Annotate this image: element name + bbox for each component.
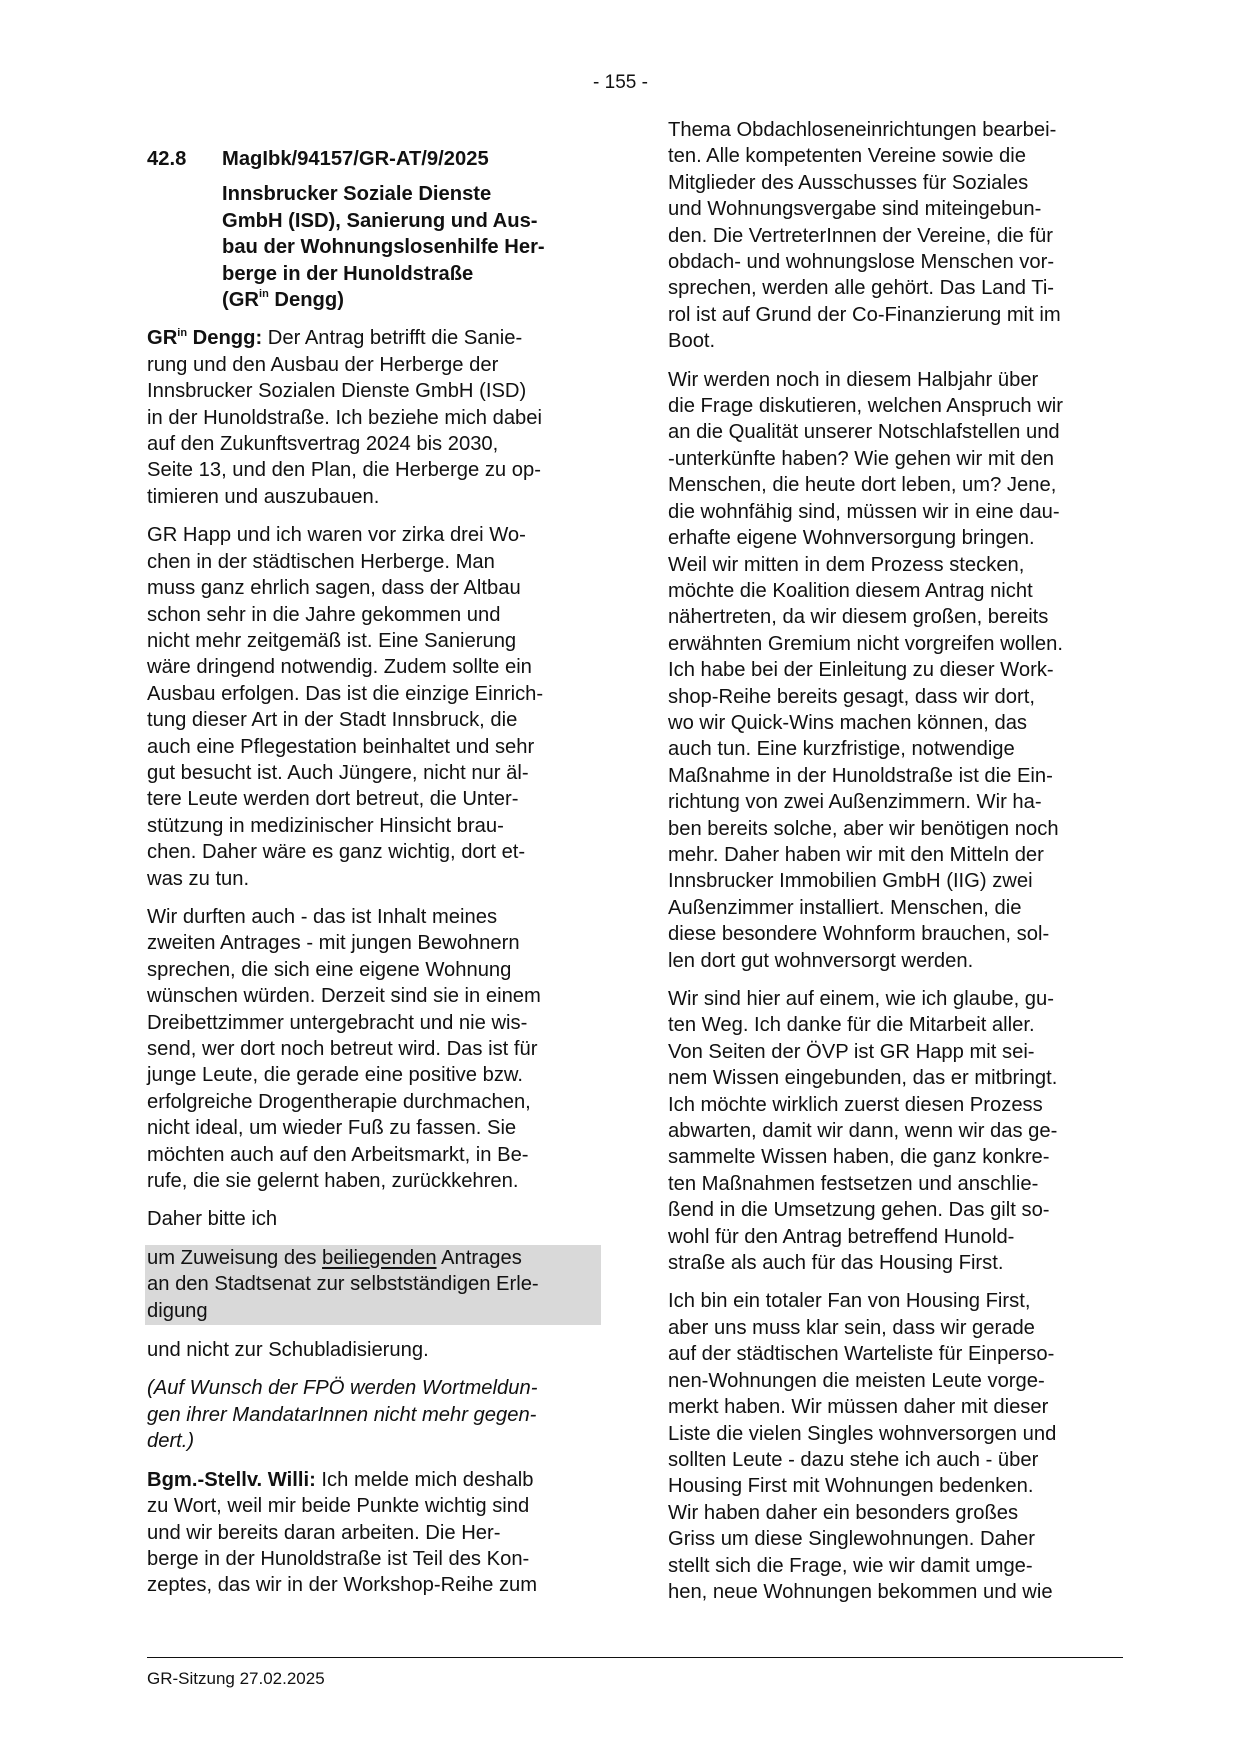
paragraph-line: merkt haben. Wir müssen daher mit dieser [668,1394,1124,1420]
title-line: GmbH (ISD), Sanierung und Aus- [222,208,603,234]
paragraph-line: erwähnten Gremium nicht vorgreifen wolle… [668,631,1124,657]
paragraph-line: sprechen, die sich eine eigene Wohnung [147,957,603,983]
paragraph-line: auch eine Pflegestation beinhaltet und s… [147,734,603,760]
paragraph-line: erfolgreiche Drogentherapie durchmachen, [147,1089,603,1115]
paragraph-line: Wir durften auch - das ist Inhalt meines [147,904,603,930]
paragraph-line: nicht mehr zeitgemäß ist. Eine Sanierung [147,628,603,654]
paragraph-line: len dort gut wohnversorgt werden. [668,948,1124,974]
paragraph-line: erhafte eigene Wohnversorgung bringen. [668,525,1124,551]
paragraph-willi-2: Thema Obdachloseneinrichtungen bearbei- … [668,117,1124,355]
paragraph-line: was zu tun. [147,866,603,892]
paragraph-line: wünschen würden. Derzeit sind sie in ein… [147,983,603,1009]
paragraph-line: obdach- und wohnungslose Menschen vor- [668,249,1124,275]
paragraph-line: aber uns muss klar sein, dass wir gerade [668,1315,1124,1341]
paragraph-line: ten Maßnahmen festsetzen und anschlie- [668,1171,1124,1197]
paragraph-line: ben bereits solche, aber wir benötigen n… [668,816,1124,842]
paragraph-willi-3: Wir werden noch in diesem Halbjahr über … [668,367,1124,974]
paragraph-line: Wir werden noch in diesem Halbjahr über [668,367,1124,393]
speaker-name: GRin Dengg: [147,327,262,349]
motion-text: Antrages [437,1247,522,1269]
title-line: bau der Wohnungslosenhilfe Her- [222,234,603,260]
paragraph-dengg-2: GR Happ und ich waren vor zirka drei Wo-… [147,522,603,892]
paragraph-line: Maßnahme in der Hunoldstraße ist die Ein… [668,763,1124,789]
motion-box: um Zuweisung des beiliegenden Antrages a… [145,1245,601,1325]
footer-session-date: GR-Sitzung 27.02.2025 [147,1669,325,1689]
title-line: Innsbrucker Soziale Dienste [222,181,603,207]
paragraph-willi-1: Bgm.-Stellv. Willi: Ich melde mich desha… [147,1467,603,1599]
paragraph-dengg-1: GRin Dengg: Der Antrag betrifft die Sani… [147,325,603,510]
paragraph-line: timieren und auszubauen. [147,484,603,510]
paragraph-line: nähertreten, da wir diesem großen, berei… [668,604,1124,630]
paragraph-line: nen-Wohnungen die meisten Leute vorge- [668,1368,1124,1394]
agenda-item-reference: MagIbk/94157/GR-AT/9/2025 [222,146,603,172]
title-prefix: (GR [222,289,259,311]
motion-line: an den Stadtsenat zur selbstständigen Er… [147,1271,599,1297]
paragraph-line: Außenzimmer installiert. Menschen, die [668,895,1124,921]
paragraph-line: auch tun. Eine kurzfristige, notwendige [668,736,1124,762]
paragraph-line: auf den Zukunftsvertrag 2024 bis 2030, [147,431,603,457]
paragraph-line: rol ist auf Grund der Co-Finanzierung mi… [668,302,1124,328]
paragraph-line: den. Die VertreterInnen der Vereine, die… [668,223,1124,249]
title-line: berge in der Hunoldstraße [222,261,603,287]
paragraph-line: möchten auch auf den Arbeitsmarkt, in Be… [147,1142,603,1168]
paragraph-line: muss ganz ehrlich sagen, dass der Altbau [147,575,603,601]
paragraph-line: Ich habe bei der Einleitung zu dieser Wo… [668,657,1124,683]
paragraph-line: chen. Daher wäre es ganz wichtig, dort e… [147,839,603,865]
paragraph-line: Menschen, die heute dort leben, um? Jene… [668,472,1124,498]
paragraph-line: sprechen, werden alle gehört. Das Land T… [668,275,1124,301]
paragraph-line: Thema Obdachloseneinrichtungen bearbei- [668,117,1124,143]
note-line: (Auf Wunsch der FPÖ werden Wortmeldun- [147,1375,603,1401]
paragraph-line: wäre dringend notwendig. Zudem sollte ei… [147,654,603,680]
paragraph-willi-4: Wir sind hier auf einem, wie ich glaube,… [668,986,1124,1276]
paragraph-line: shop-Reihe bereits gesagt, dass wir dort… [668,684,1124,710]
right-column: Thema Obdachloseneinrichtungen bearbei- … [668,117,1124,1617]
editorial-note: (Auf Wunsch der FPÖ werden Wortmeldun- g… [147,1375,603,1454]
paragraph-line: Ich bin ein totaler Fan von Housing Firs… [668,1288,1124,1314]
agenda-item-number: 42.8 [147,146,222,172]
paragraph-line: Liste die vielen Singles wohnversorgen u… [668,1421,1124,1447]
paragraph-line: gut besucht ist. Auch Jüngere, nicht nur… [147,760,603,786]
motion-line: digung [147,1298,599,1324]
paragraph-line: sammelte Wissen haben, die ganz konkre- [668,1144,1124,1170]
left-column: 42.8 MagIbk/94157/GR-AT/9/2025 Innsbruck… [147,146,603,1611]
paragraph-line: Ausbau erfolgen. Das ist die einzige Ein… [147,681,603,707]
paragraph-line: sollten Leute - dazu stehe ich auch - üb… [668,1447,1124,1473]
paragraph-line: zeptes, das wir in der Workshop-Reihe zu… [147,1572,603,1598]
paragraph-line: die wohnfähig sind, müssen wir in eine d… [668,499,1124,525]
paragraph-line: stützung in medizinischer Hinsicht brau- [147,813,603,839]
speaker-name: Bgm.-Stellv. Willi: [147,1469,316,1491]
paragraph-line: send, wer dort noch betreut wird. Das is… [147,1036,603,1062]
paragraph-line: und nicht zur Schubladisierung. [147,1337,603,1363]
paragraph-line: chen in der städtischen Herberge. Man [147,549,603,575]
paragraph-line: Ich möchte wirklich zuerst diesen Prozes… [668,1092,1124,1118]
paragraph-line: Seite 13, und den Plan, die Herberge zu … [147,457,603,483]
paragraph-line: stellt sich die Frage, wie wir damit umg… [668,1553,1124,1579]
title-suffix: Dengg) [269,289,344,311]
paragraph-line: wohl für den Antrag betreffend Hunold- [668,1224,1124,1250]
motion-underlined-word: beiliegenden [322,1247,437,1269]
paragraph-line: zweiten Antrages - mit jungen Bewohnern [147,930,603,956]
paragraph-line: in der Hunoldstraße. Ich beziehe mich da… [147,405,603,431]
paragraph-line: mehr. Daher haben wir mit den Mitteln de… [668,842,1124,868]
paragraph-line: richtung von zwei Außenzimmern. Wir ha- [668,789,1124,815]
paragraph-line: und Wohnungsvergabe sind miteingebun- [668,196,1124,222]
paragraph-line: -unterkünfte haben? Wie gehen wir mit de… [668,446,1124,472]
paragraph-line: Wir haben daher ein besonders großes [668,1500,1124,1526]
paragraph-line: tere Leute werden dort betreut, die Unte… [147,786,603,812]
speech-text: Der Antrag betrifft die Sanie- [262,327,522,349]
paragraph-line: Weil wir mitten in dem Prozess stecken, [668,552,1124,578]
speaker-suffix: Dengg: [187,327,262,349]
paragraph-line: die Frage diskutieren, welchen Anspruch … [668,393,1124,419]
paragraph-line: hen, neue Wohnungen bekommen und wie [668,1579,1124,1605]
footer-divider [147,1657,1123,1658]
paragraph-line: GRin Dengg: Der Antrag betrifft die Sani… [147,325,603,351]
paragraph-line: nicht ideal, um wieder Fuß zu fassen. Si… [147,1115,603,1141]
paragraph-request-intro: Daher bitte ich [147,1206,603,1232]
paragraph-line: tung dieser Art in der Stadt Innsbruck, … [147,707,603,733]
paragraph-line: Mitglieder des Ausschusses für Soziales [668,170,1124,196]
title-superscript: in [259,288,269,300]
speaker-superscript: in [177,327,187,339]
note-line: dert.) [147,1428,603,1454]
paragraph-line: Innsbrucker Immobilien GmbH (IIG) zwei [668,868,1124,894]
paragraph-willi-5: Ich bin ein totaler Fan von Housing Firs… [668,1288,1124,1605]
paragraph-line: GR Happ und ich waren vor zirka drei Wo- [147,522,603,548]
motion-text: um Zuweisung des [147,1247,322,1269]
paragraph-line: nem Wissen eingebunden, das er mitbringt… [668,1065,1124,1091]
speech-text: Ich melde mich deshalb [316,1469,534,1491]
paragraph-line: auf der städtischen Warteliste für Einpe… [668,1341,1124,1367]
paragraph-line: rufe, die sie gelernt haben, zurückkehre… [147,1168,603,1194]
paragraph-line: rung und den Ausbau der Herberge der [147,352,603,378]
paragraph-line: Boot. [668,328,1124,354]
paragraph-line: Housing First mit Wohnungen bedenken. [668,1473,1124,1499]
paragraph-line: zu Wort, weil mir beide Punkte wichtig s… [147,1493,603,1519]
paragraph-line: junge Leute, die gerade eine positive bz… [147,1062,603,1088]
paragraph-line: und wir bereits daran arbeiten. Die Her- [147,1520,603,1546]
paragraph-line: Bgm.-Stellv. Willi: Ich melde mich desha… [147,1467,603,1493]
paragraph-line: ten. Alle kompetenten Vereine sowie die [668,143,1124,169]
paragraph-request-outro: und nicht zur Schubladisierung. [147,1337,603,1363]
paragraph-line: Von Seiten der ÖVP ist GR Happ mit sei- [668,1039,1124,1065]
agenda-item-title: Innsbrucker Soziale Dienste GmbH (ISD), … [222,181,603,313]
paragraph-line: diese besondere Wohnform brauchen, sol- [668,921,1124,947]
paragraph-line: abwarten, damit wir dann, wenn wir das g… [668,1118,1124,1144]
page-number: - 155 - [0,72,1241,94]
motion-line: um Zuweisung des beiliegenden Antrages [147,1245,599,1271]
agenda-item-heading: 42.8 MagIbk/94157/GR-AT/9/2025 [147,146,603,172]
paragraph-line: berge in der Hunoldstraße ist Teil des K… [147,1546,603,1572]
paragraph-line: Wir sind hier auf einem, wie ich glaube,… [668,986,1124,1012]
title-line-applicant: (GRin Dengg) [222,287,603,313]
paragraph-line: ßend in die Umsetzung gehen. Das gilt so… [668,1197,1124,1223]
paragraph-dengg-3: Wir durften auch - das ist Inhalt meines… [147,904,603,1194]
paragraph-line: an die Qualität unserer Notschlafstellen… [668,419,1124,445]
note-line: gen ihrer MandatarInnen nicht mehr gegen… [147,1402,603,1428]
paragraph-line: Dreibettzimmer untergebracht und nie wis… [147,1010,603,1036]
paragraph-line: straße als auch für das Housing First. [668,1250,1124,1276]
paragraph-line: Griss um diese Singlewohnungen. Daher [668,1526,1124,1552]
paragraph-line: Daher bitte ich [147,1206,603,1232]
paragraph-line: ten Weg. Ich danke für die Mitarbeit all… [668,1012,1124,1038]
speaker-prefix: GR [147,327,177,349]
paragraph-line: Innsbrucker Sozialen Dienste GmbH (ISD) [147,378,603,404]
paragraph-line: wo wir Quick-Wins machen können, das [668,710,1124,736]
paragraph-line: schon sehr in die Jahre gekommen und [147,602,603,628]
paragraph-line: möchte die Koalition diesem Antrag nicht [668,578,1124,604]
